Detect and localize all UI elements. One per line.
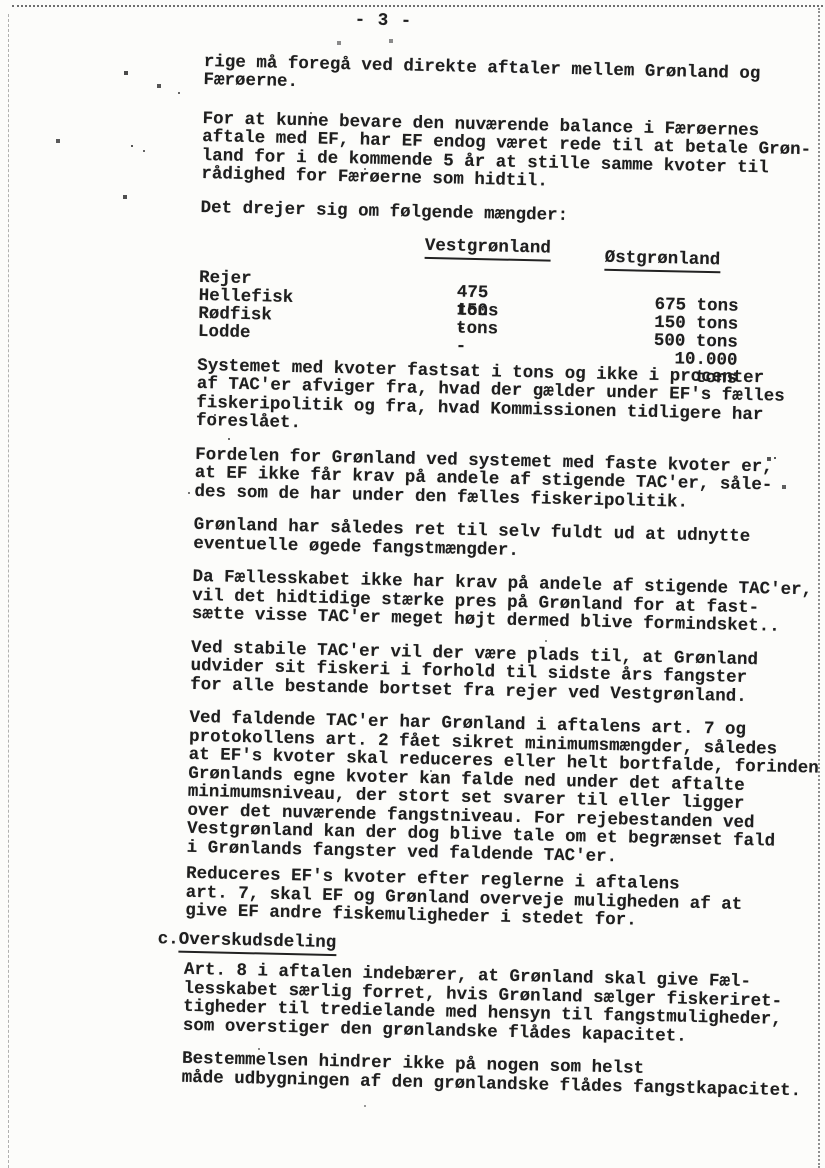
section-title: Overskudsdeling: [178, 929, 336, 955]
scan-edge-left: [8, 14, 9, 1168]
column-header-vestgronland: Vestgrønland: [425, 237, 551, 261]
ostgronland-value: 10.000 tons: [623, 349, 737, 369]
section-marker: c.: [157, 929, 178, 949]
paragraph-art8-priority: Art. 8 i aftalen indebærer, at Grønland …: [183, 961, 824, 1049]
paragraph-increased-catch-right: Grønland har således ret til selv fuldt …: [193, 516, 825, 567]
species-label: Lodde: [198, 322, 423, 345]
paragraph-falling-tac-minimums: Ved faldende TAC'er har Grønland i aftal…: [186, 709, 825, 871]
page-number: - 3 -: [355, 11, 825, 40]
vestgronland-value: -: [455, 337, 535, 357]
typed-content: - 3 - rige må foregå ved direkte aftaler…: [181, 8, 825, 1101]
scan-speckles: [0, 0, 2, 2]
document-page: - 3 - rige må foregå ved direkte aftaler…: [0, 0, 825, 1168]
paragraph-faroe-balance: For at kunne bevare den nuværende balanc…: [201, 109, 825, 197]
vestgronland-value: 150 tons: [456, 301, 536, 321]
quota-table-header-row: Vestgrønland Østgrønland: [200, 232, 825, 267]
section-c-heading: c.Overskudsdeling: [157, 930, 824, 963]
quota-table: Vestgrønland Østgrønland Rejer 475 tons …: [197, 232, 825, 370]
vestgronland-value: -: [456, 319, 536, 339]
paragraph-quantities-intro: Det drejer sig om følgende mængder:: [200, 198, 825, 230]
paragraph-tac-pressure-reduced: Da Fællesskabet ikke har krav på andele …: [192, 568, 825, 637]
paragraph-fixed-quota-advantage: Fordelen for Grønland ved systemet med f…: [194, 445, 825, 514]
scan-edge-top: [12, 5, 823, 7]
paragraph-stable-tac: Ved stabile TAC'er vil der være plads ti…: [190, 638, 825, 707]
column-header-ostgronland: Østgrønland: [604, 249, 720, 273]
paragraph-continuation-direct-agreements: rige må foregå ved direkte aftaler melle…: [203, 52, 825, 103]
paragraph-reduced-ef-quotas: Reduceres EF's kvoter efter reglerne i a…: [185, 865, 825, 934]
paragraph-fleet-capacity: Bestemmelsen hindrer ikke på nogen som h…: [181, 1050, 822, 1101]
